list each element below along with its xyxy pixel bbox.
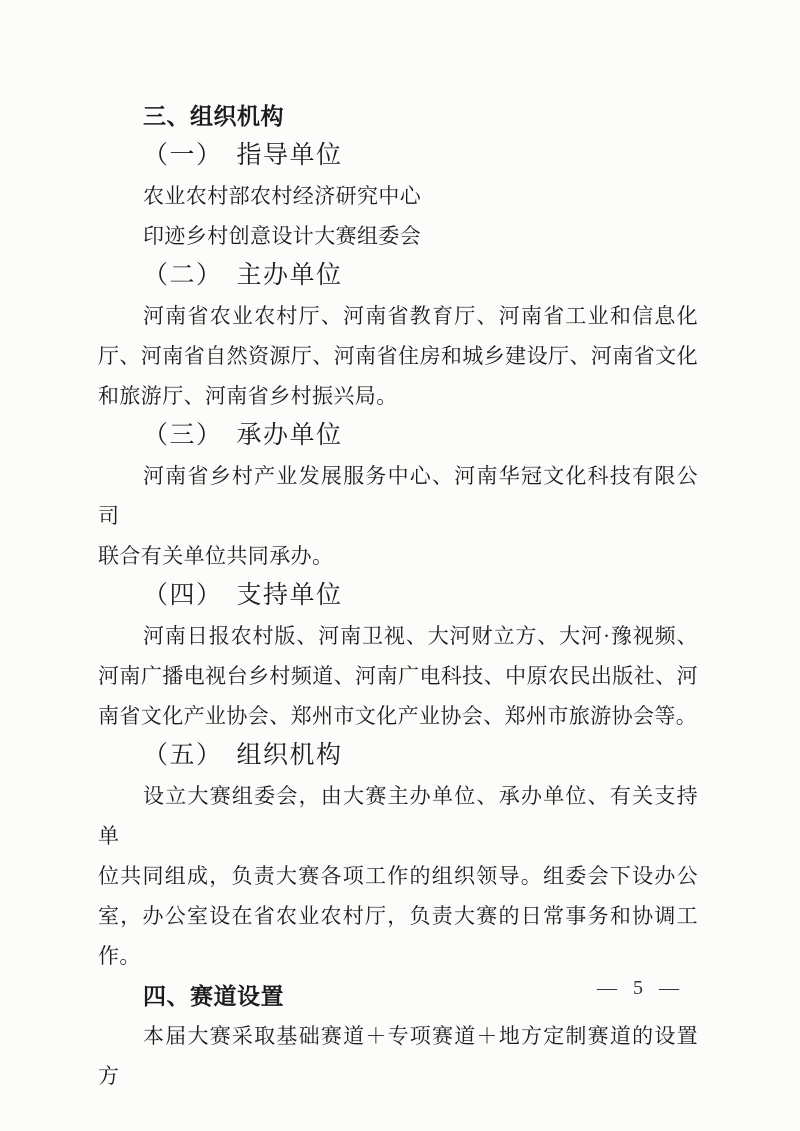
org-committee-line-3: 室，办公室设在省农业农村厅，负责大赛的日常事务和协调工 [98, 896, 698, 936]
track-setup-line-1: 本届大赛采取基础赛道＋专项赛道＋地方定制赛道的设置方 [98, 1016, 698, 1096]
document-content: 三、组织机构 （一） 指导单位 农业农村部农村经济研究中心 印迹乡村创意设计大赛… [98, 96, 698, 1096]
subsection-5-heading: （五） 组织机构 [98, 736, 698, 776]
document-page: 三、组织机构 （一） 指导单位 农业农村部农村经济研究中心 印迹乡村创意设计大赛… [0, 0, 800, 1131]
subsection-4-heading: （四） 支持单位 [98, 576, 698, 616]
support-units-line-1: 河南日报农村版、河南卫视、大河财立方、大河·豫视频、 [98, 616, 698, 656]
host-units-line-3: 和旅游厅、河南省乡村振兴局。 [98, 376, 698, 416]
host-units-line-2: 厅、河南省自然资源厅、河南省住房和城乡建设厅、河南省文化 [98, 336, 698, 376]
guidance-unit-line-2: 印迹乡村创意设计大赛组委会 [98, 216, 698, 256]
support-units-line-2: 河南广播电视台乡村频道、河南广电科技、中原农民出版社、河 [98, 656, 698, 696]
chapter-heading-3: 三、组织机构 [98, 96, 698, 136]
organizer-units-line-1: 河南省乡村产业发展服务中心、河南华冠文化科技有限公司 [98, 456, 698, 536]
page-number: — 5 — [0, 977, 800, 1000]
org-committee-line-4: 作。 [98, 936, 698, 976]
host-units-line-1: 河南省农业农村厅、河南省教育厅、河南省工业和信息化 [98, 296, 698, 336]
subsection-1-heading: （一） 指导单位 [98, 136, 698, 176]
support-units-line-3: 南省文化产业协会、郑州市文化产业协会、郑州市旅游协会等。 [98, 696, 698, 736]
org-committee-line-2: 位共同组成，负责大赛各项工作的组织领导。组委会下设办公 [98, 856, 698, 896]
subsection-3-heading: （三） 承办单位 [98, 416, 698, 456]
organizer-units-line-2: 联合有关单位共同承办。 [98, 536, 698, 576]
guidance-unit-line-1: 农业农村部农村经济研究中心 [98, 176, 698, 216]
subsection-2-heading: （二） 主办单位 [98, 256, 698, 296]
org-committee-line-1: 设立大赛组委会，由大赛主办单位、承办单位、有关支持单 [98, 776, 698, 856]
